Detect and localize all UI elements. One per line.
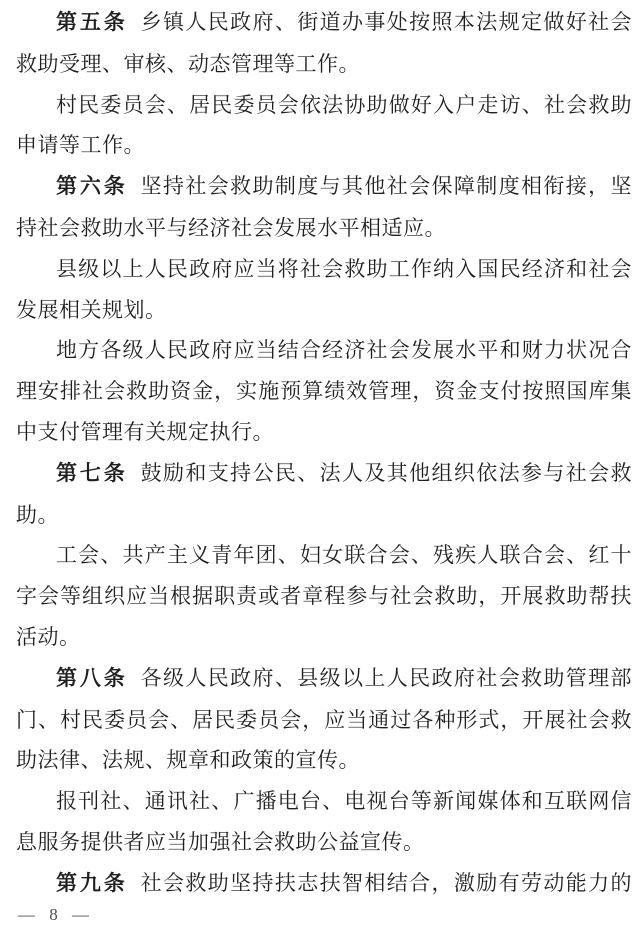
text-line: 中支付管理有关规定执行。 bbox=[16, 412, 632, 453]
article-number: 第六条 bbox=[56, 175, 128, 198]
text-line: 地方各级人民政府应当结合经济社会发展水平和财力状况合 bbox=[16, 330, 632, 371]
document-page: 第五条乡镇人民政府、街道办事处按照本法规定做好社会救助受理、审核、动态管理等工作… bbox=[0, 0, 640, 947]
text-line: 第六条坚持社会救助制度与其他社会保障制度相衔接，坚 bbox=[16, 166, 632, 208]
text-line: 县级以上人民政府应当将社会救助工作纳入国民经济和社会 bbox=[16, 249, 632, 290]
paragraph: 村民委员会、居民委员会依法协助做好入户走访、社会救助申请等工作。 bbox=[16, 85, 632, 167]
text-line: 第九条社会救助坚持扶志扶智相结合，激励有劳动能力的 bbox=[16, 863, 632, 905]
paragraph: 第六条坚持社会救助制度与其他社会保障制度相衔接，坚持社会救助水平与经济社会发展水… bbox=[16, 166, 632, 249]
text-line: 第五条乡镇人民政府、街道办事处按照本法规定做好社会 bbox=[16, 2, 632, 44]
text-line: 发展相关规划。 bbox=[16, 290, 632, 331]
paragraph: 工会、共产主义青年团、妇女联合会、残疾人联合会、红十字会等组织应当根据职责或者章… bbox=[16, 535, 632, 657]
article-number: 第八条 bbox=[56, 667, 128, 690]
text-line: 持社会救助水平与经济社会发展水平相适应。 bbox=[16, 208, 632, 249]
paragraph: 第五条乡镇人民政府、街道办事处按照本法规定做好社会救助受理、审核、动态管理等工作… bbox=[16, 2, 632, 85]
document-body: 第五条乡镇人民政府、街道办事处按照本法规定做好社会救助受理、审核、动态管理等工作… bbox=[0, 0, 640, 905]
text-line: 第七条鼓励和支持公民、法人及其他组织依法参与社会救 bbox=[16, 453, 632, 495]
text-line: 门、村民委员会、居民委员会，应当通过各种形式，开展社会救 bbox=[16, 700, 632, 741]
page-number: — 8 — bbox=[18, 902, 94, 928]
text-line: 村民委员会、居民委员会依法协助做好入户走访、社会救助 bbox=[16, 85, 632, 126]
paragraph: 地方各级人民政府应当结合经济社会发展水平和财力状况合理安排社会救助资金，实施预算… bbox=[16, 330, 632, 452]
article-number: 第五条 bbox=[56, 11, 128, 34]
text-line: 申请等工作。 bbox=[16, 125, 632, 166]
text-line: 字会等组织应当根据职责或者章程参与社会救助，开展救助帮扶 bbox=[16, 576, 632, 617]
text-line: 报刊社、通讯社、广播电台、电视台等新闻媒体和互联网信 bbox=[16, 781, 632, 822]
text-line: 助。 bbox=[16, 495, 632, 536]
article-number: 第七条 bbox=[56, 462, 128, 485]
text-line: 第八条各级人民政府、县级以上人民政府社会救助管理部 bbox=[16, 658, 632, 700]
text-line: 助法律、法规、规章和政策的宣传。 bbox=[16, 740, 632, 781]
paragraph: 第七条鼓励和支持公民、法人及其他组织依法参与社会救助。 bbox=[16, 453, 632, 536]
text-line: 息服务提供者应当加强社会救助公益宣传。 bbox=[16, 822, 632, 863]
paragraph: 县级以上人民政府应当将社会救助工作纳入国民经济和社会发展相关规划。 bbox=[16, 249, 632, 331]
text-line: 工会、共产主义青年团、妇女联合会、残疾人联合会、红十 bbox=[16, 535, 632, 576]
text-line: 理安排社会救助资金，实施预算绩效管理，资金支付按照国库集 bbox=[16, 371, 632, 412]
paragraph: 报刊社、通讯社、广播电台、电视台等新闻媒体和互联网信息服务提供者应当加强社会救助… bbox=[16, 781, 632, 863]
text-line: 救助受理、审核、动态管理等工作。 bbox=[16, 44, 632, 85]
paragraph: 第八条各级人民政府、县级以上人民政府社会救助管理部门、村民委员会、居民委员会，应… bbox=[16, 658, 632, 781]
text-line: 活动。 bbox=[16, 617, 632, 658]
paragraph: 第九条社会救助坚持扶志扶智相结合，激励有劳动能力的 bbox=[16, 863, 632, 905]
article-number: 第九条 bbox=[56, 872, 128, 895]
